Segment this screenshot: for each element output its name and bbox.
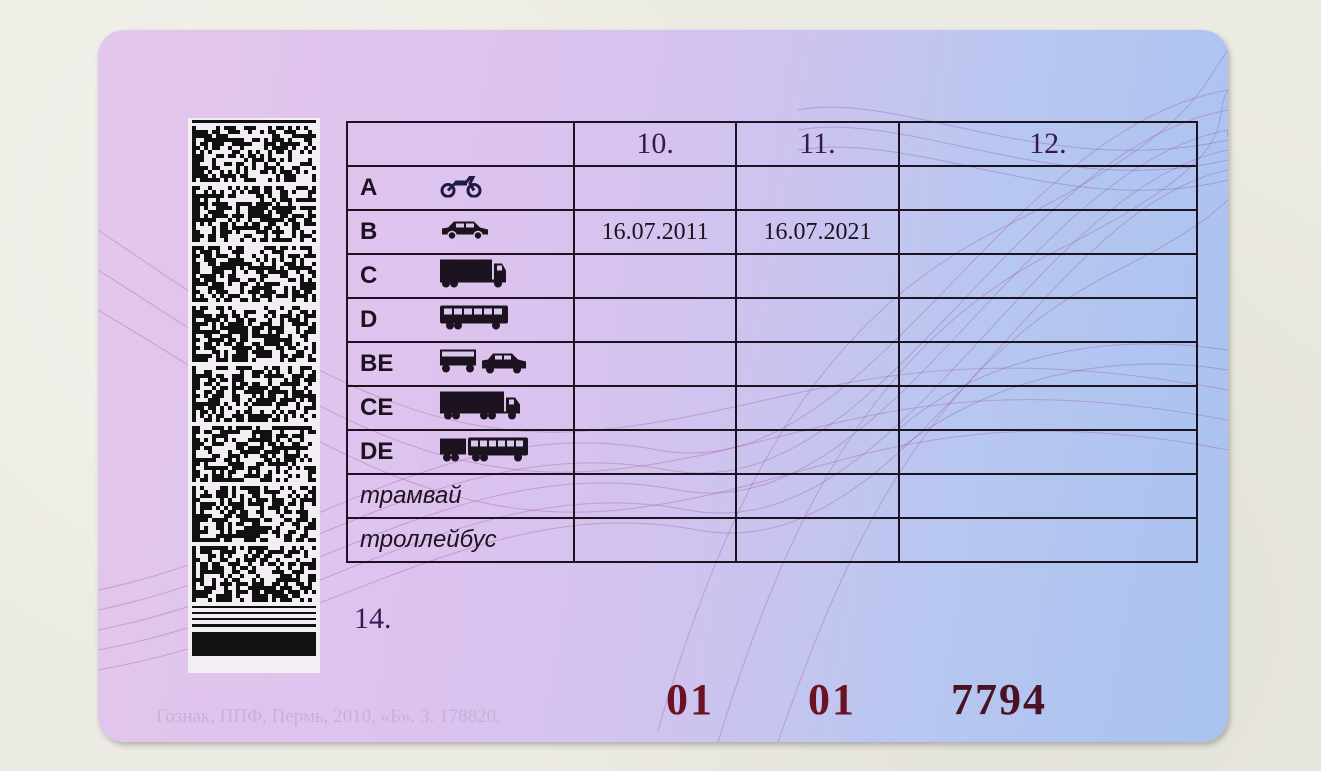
- category-label: A: [360, 174, 377, 202]
- category-row: DE: [347, 430, 1197, 474]
- trailer-bus-icon: [440, 437, 528, 468]
- category-label: CE: [360, 394, 393, 422]
- cell-field10: 16.07.2011: [574, 210, 736, 254]
- cell-field10: [574, 474, 736, 518]
- serial-part-3: 7794: [951, 674, 1047, 725]
- cell-field10: [574, 342, 736, 386]
- trailer-car-icon: [440, 349, 528, 380]
- category-cell: B: [347, 210, 574, 254]
- category-row: BE: [347, 342, 1197, 386]
- cell-field12: [899, 342, 1197, 386]
- cell-field12: [899, 518, 1197, 562]
- categories-table: 10. 11. 12. AB16.07.201116.07.2021CDBECE…: [346, 121, 1198, 563]
- category-row: троллейбус: [347, 518, 1197, 562]
- category-cell: C: [347, 254, 574, 298]
- categories-table-wrap: 10. 11. 12. AB16.07.201116.07.2021CDBECE…: [346, 121, 1198, 563]
- header-cell-category: [347, 122, 574, 166]
- cell-field12: [899, 298, 1197, 342]
- category-label: B: [360, 218, 377, 246]
- cell-field12: [899, 166, 1197, 210]
- header-cell-10: 10.: [574, 122, 736, 166]
- serial-part-1: 01: [666, 674, 714, 725]
- cell-field12: [899, 386, 1197, 430]
- cell-field11: [736, 474, 899, 518]
- cell-field12: [899, 254, 1197, 298]
- cell-field12: [899, 430, 1197, 474]
- cell-field12: [899, 474, 1197, 518]
- category-cell: CE: [347, 386, 574, 430]
- category-cell: A: [347, 166, 574, 210]
- category-label: троллейбус: [360, 526, 497, 554]
- cell-field11: [736, 342, 899, 386]
- category-label: трамвай: [360, 482, 462, 510]
- serial-part-2: 01: [808, 674, 856, 725]
- license-card: 10. 11. 12. AB16.07.201116.07.2021CDBECE…: [98, 30, 1228, 742]
- truck-icon: [440, 259, 508, 294]
- printer-imprint: Гознак, ППФ, Пермь, 2010, «Б». З. 178820…: [156, 706, 501, 728]
- category-row: CE: [347, 386, 1197, 430]
- category-row: C: [347, 254, 1197, 298]
- category-label: D: [360, 306, 377, 334]
- category-label: C: [360, 262, 377, 290]
- cell-field11: [736, 166, 899, 210]
- header-cell-12: 12.: [899, 122, 1197, 166]
- cell-field12: [899, 210, 1197, 254]
- header-row: 10. 11. 12.: [347, 122, 1197, 166]
- header-cell-11: 11.: [736, 122, 899, 166]
- category-cell: D: [347, 298, 574, 342]
- category-cell: троллейбус: [347, 518, 574, 562]
- category-cell: BE: [347, 342, 574, 386]
- cell-field11: [736, 430, 899, 474]
- cell-field10: [574, 298, 736, 342]
- cell-field10: [574, 386, 736, 430]
- cell-field11: 16.07.2021: [736, 210, 899, 254]
- cell-field10: [574, 518, 736, 562]
- motorcycle-icon: [440, 174, 482, 203]
- category-cell: DE: [347, 430, 574, 474]
- cell-field11: [736, 298, 899, 342]
- category-row: B16.07.201116.07.2021: [347, 210, 1197, 254]
- car-icon: [440, 219, 490, 246]
- pdf417-barcode: [188, 118, 320, 673]
- category-row: трамвай: [347, 474, 1197, 518]
- category-label: BE: [360, 350, 393, 378]
- semi-truck-icon: [440, 392, 522, 425]
- cell-field10: [574, 166, 736, 210]
- cell-field11: [736, 254, 899, 298]
- category-cell: трамвай: [347, 474, 574, 518]
- cell-field10: [574, 254, 736, 298]
- category-row: A: [347, 166, 1197, 210]
- category-row: D: [347, 298, 1197, 342]
- cell-field11: [736, 518, 899, 562]
- cell-field10: [574, 430, 736, 474]
- field-14-label: 14.: [354, 602, 392, 636]
- category-label: DE: [360, 438, 393, 466]
- cell-field11: [736, 386, 899, 430]
- bus-icon: [440, 305, 508, 336]
